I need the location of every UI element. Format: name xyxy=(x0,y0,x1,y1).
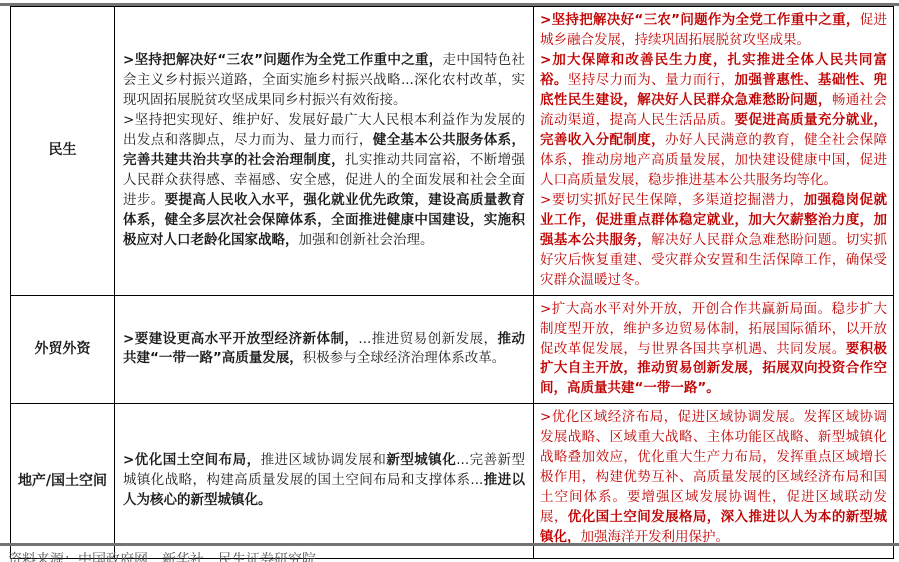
text-segment: >扩大高水平对外开放，开创合作共赢新局面。稳步扩大制度型开放，维护多边贸易体制，… xyxy=(540,301,887,357)
policy-table-body: 民生>坚持把解决好“三农”问题作为全党工作重中之重，走中国特色社会主义乡村振兴道… xyxy=(11,7,894,559)
text-segment: >优化区域经济布局，促进区域协调发展。发挥区域协调发展战略、区域重大战略、主体功… xyxy=(540,409,887,525)
paragraph: >坚持把实现好、维护好、发展好最广大人民根本利益作为发展的出发点和落脚点，尽力而… xyxy=(123,111,525,251)
source-attribution: 资料来源：中国政府网，新华社，民生证券研究院 xyxy=(8,549,316,562)
bottom-divider-rule xyxy=(0,543,899,546)
text-segment: 积极参与全球经济治理体系改革。 xyxy=(303,350,506,366)
paragraph: >优化国土空间布局，推进区域协调发展和新型城镇化...完善新型城镇化战略，构建高… xyxy=(123,451,525,511)
text-segment: >要切实抓好民生保障，多渠道挖掘潜力， xyxy=(540,192,804,208)
paragraph: >优化区域经济布局，促进区域协调发展。发挥区域协调发展战略、区域重大战略、主体功… xyxy=(540,408,887,548)
text-segment: 新型城镇化 xyxy=(386,452,456,468)
policy-text-cell-red: >优化区域经济布局，促进区域协调发展。发挥区域协调发展战略、区域重大战略、主体功… xyxy=(534,404,894,559)
row-label: 外贸外资 xyxy=(11,295,115,404)
text-segment: >坚持把解决好“三农”问题作为全党工作重中之重， xyxy=(540,12,860,28)
paragraph: >要切实抓好民生保障，多渠道挖掘潜力，加强稳岗促就业工作，促进重点群体稳定就业，… xyxy=(540,191,887,291)
policy-text-cell: >优化国土空间布局，推进区域协调发展和新型城镇化...完善新型城镇化战略，构建高… xyxy=(115,404,534,559)
row-label: 民生 xyxy=(11,7,115,296)
text-segment: >要建设更高水平开放型经济新体制， xyxy=(123,331,358,347)
table-row: 外贸外资>要建设更高水平开放型经济新体制，...推进贸易创新发展，推动共建“一带… xyxy=(11,295,894,404)
paragraph: >坚持把解决好“三农”问题作为全党工作重中之重，促进城乡融合发展，持续巩固拓展脱… xyxy=(540,11,887,51)
paragraph: >加大保障和改善民生力度，扎实推进全体人民共同富裕。坚持尽力而为、量力而行，加强… xyxy=(540,51,887,191)
paragraph: >坚持把解决好“三农”问题作为全党工作重中之重，走中国特色社会主义乡村振兴道路，… xyxy=(123,51,525,111)
policy-text-cell: >坚持把解决好“三农”问题作为全党工作重中之重，走中国特色社会主义乡村振兴道路，… xyxy=(115,7,534,296)
table-row: 地产/国土空间>优化国土空间布局，推进区域协调发展和新型城镇化...完善新型城镇… xyxy=(11,404,894,559)
text-segment: 坚持尽力而为、量力而行， xyxy=(568,72,735,88)
text-segment: >优化国土空间布局， xyxy=(123,452,261,468)
policy-text-cell-red: >坚持把解决好“三农”问题作为全党工作重中之重，促进城乡融合发展，持续巩固拓展脱… xyxy=(534,7,894,296)
text-segment: ...推进贸易创新发展， xyxy=(358,331,497,347)
policy-text-cell-red: >扩大高水平对外开放，开创合作共赢新局面。稳步扩大制度型开放，维护多边贸易体制，… xyxy=(534,295,894,404)
text-segment: 推进区域协调发展和 xyxy=(261,452,387,468)
paragraph: >扩大高水平对外开放，开创合作共赢新局面。稳步扩大制度型开放，维护多边贸易体制，… xyxy=(540,300,887,400)
text-segment: 加强和创新社会治理。 xyxy=(299,232,434,248)
paragraph: >要建设更高水平开放型经济新体制，...推进贸易创新发展，推动共建“一带一路”高… xyxy=(123,330,525,370)
row-label: 地产/国土空间 xyxy=(11,404,115,559)
policy-comparison-table: 民生>坚持把解决好“三农”问题作为全党工作重中之重，走中国特色社会主义乡村振兴道… xyxy=(10,6,894,559)
policy-text-cell: >要建设更高水平开放型经济新体制，...推进贸易创新发展，推动共建“一带一路”高… xyxy=(115,295,534,404)
table-row: 民生>坚持把解决好“三农”问题作为全党工作重中之重，走中国特色社会主义乡村振兴道… xyxy=(11,7,894,296)
text-segment: >坚持把解决好“三农”问题作为全党工作重中之重， xyxy=(123,52,443,68)
